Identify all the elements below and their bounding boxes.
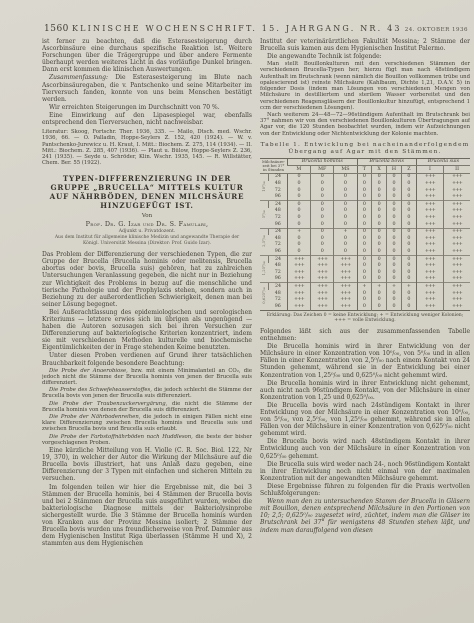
- result-cell: +++: [416, 228, 443, 235]
- result-cell: 0: [372, 181, 387, 188]
- result-cell: +++: [416, 283, 443, 290]
- page-number: 1560: [44, 24, 69, 34]
- result-cell: 0: [372, 201, 387, 208]
- right-column: Institut der veterinärärztlichen Fakultä…: [260, 38, 470, 590]
- result-cell: 0: [372, 235, 387, 242]
- summary-lead: Zusammenfassung:: [49, 74, 108, 81]
- table-row: 480000000++++++: [260, 181, 470, 188]
- table-row: 720000000++++++: [260, 214, 470, 221]
- result-cell: +++: [416, 263, 443, 270]
- result-cell: 0: [357, 303, 372, 310]
- result-cell: 0: [372, 303, 387, 310]
- literature-block: Literatur: Skoog, Fortschr. Ther. 1936, …: [42, 129, 252, 166]
- table-row: 480000000++++++: [260, 208, 470, 215]
- hours-cell: 72: [269, 187, 288, 194]
- result-cell: +++: [444, 235, 470, 242]
- table-row: 96+++++++++0000++++++: [260, 303, 470, 310]
- result-cell: 0: [387, 276, 402, 283]
- table-row: 720000000++++++: [260, 187, 470, 194]
- result-cell: 0: [387, 256, 402, 263]
- running-head: 1560 KLINISCHE WOCHENSCHRIFT. 15. JAHRGA…: [42, 10, 470, 38]
- result-cell: 0: [402, 235, 417, 242]
- list-item: Die Probe der Nährbodenreihen, die jedoc…: [42, 414, 252, 433]
- result-cell: 0: [387, 269, 402, 276]
- hours-cell: 96: [269, 194, 288, 201]
- result-cell: +++: [288, 276, 311, 283]
- results-table-head: Milchsäure­zeit bei 37° in Stunden Bruce…: [260, 158, 470, 173]
- result-cell: 0: [334, 187, 357, 194]
- paragraph: Die Brucella hominis wird in ihrer Entwi…: [260, 343, 470, 378]
- result-cell: +++: [416, 303, 443, 310]
- result-cell: 0: [372, 263, 387, 270]
- result-cell: +++: [311, 269, 334, 276]
- result-cell: 0: [311, 248, 334, 255]
- result-cell: 0: [357, 173, 372, 180]
- result-cell: 0: [357, 181, 372, 188]
- result-cell: +++: [416, 214, 443, 221]
- result-cell: 0: [357, 208, 372, 215]
- result-cell: 0: [387, 221, 402, 228]
- results-table-body: 10⁰/₀₀240000000++++++480000000++++++7200…: [260, 173, 470, 310]
- result-cell: 0: [288, 242, 311, 249]
- paragraph: Die Brucella bovis wird nach 48stündigem…: [260, 438, 470, 459]
- result-cell: 0: [387, 214, 402, 221]
- paragraph: Institut der veterinärärztlichen Fakultä…: [260, 38, 470, 52]
- result-cell: 0: [372, 297, 387, 304]
- paragraph: Das Problem der Differenzierung der vers…: [42, 251, 252, 308]
- table-row: 96+++++++++0000++++++: [260, 276, 470, 283]
- table-row: 960000000++++++: [260, 221, 470, 228]
- two-column-body: ist ferner zu beachten, daß die Esterase…: [42, 38, 470, 590]
- result-cell: +++: [288, 283, 311, 290]
- result-cell: +++: [334, 256, 357, 263]
- paragraph: Wir erreichten Steigerungen im Durchschn…: [42, 104, 252, 111]
- result-cell: +++: [416, 248, 443, 255]
- hours-cell: 72: [269, 242, 288, 249]
- result-cell: +++: [444, 283, 470, 290]
- hours-cell: 96: [269, 276, 288, 283]
- result-cell: 0: [402, 242, 417, 249]
- result-cell: +++: [444, 242, 470, 249]
- result-cell: +++: [334, 276, 357, 283]
- result-cell: 0: [372, 248, 387, 255]
- hours-cell: 72: [269, 214, 288, 221]
- hours-cell: 96: [269, 303, 288, 310]
- result-cell: 0: [357, 194, 372, 201]
- result-cell: 0: [387, 194, 402, 201]
- result-cell: +: [387, 283, 402, 290]
- result-cell: 0: [372, 290, 387, 297]
- result-cell: 0: [357, 201, 372, 208]
- result-cell: +++: [416, 201, 443, 208]
- result-cell: 0: [357, 297, 372, 304]
- table-row: 48+++++++++0000++++++: [260, 290, 470, 297]
- result-cell: 0: [402, 248, 417, 255]
- result-cell: +++: [444, 263, 470, 270]
- result-cell: 0: [402, 297, 417, 304]
- result-cell: 0: [311, 208, 334, 215]
- hours-cell: 24: [269, 256, 288, 263]
- table-row: 720000000++++++: [260, 242, 470, 249]
- result-cell: +++: [416, 235, 443, 242]
- result-cell: 0: [357, 228, 372, 235]
- result-cell: 0: [402, 256, 417, 263]
- paragraph: Die Brucella bovis wird nach 24stündigem…: [260, 402, 470, 437]
- result-cell: +++: [444, 297, 470, 304]
- result-cell: +++: [416, 242, 443, 249]
- result-cell: 0: [311, 187, 334, 194]
- table-row: 72+++++++++0000++++++: [260, 297, 470, 304]
- result-cell: 0: [372, 208, 387, 215]
- paragraph: Im folgenden teilen wir hier die Ergebni…: [42, 484, 252, 548]
- item-lead: Die Probe des Schwefelwasserstoffes,: [49, 387, 152, 393]
- result-cell: 0: [311, 235, 334, 242]
- result-cell: 0: [357, 256, 372, 263]
- group-header-bovis: Brucella bovis: [357, 158, 416, 166]
- stem-header: II: [444, 166, 470, 174]
- result-cell: 0: [334, 194, 357, 201]
- table-row: 960000000++++++: [260, 194, 470, 201]
- result-cell: +++: [288, 269, 311, 276]
- item-lead: Die Probe der Nährbodenreihen,: [49, 414, 140, 420]
- concentration-label: 2,5⁰/₀₀: [260, 228, 269, 255]
- result-cell: 0: [387, 242, 402, 249]
- issue-date: 24. OKTOBER 1936: [405, 27, 468, 33]
- hours-cell: 96: [269, 221, 288, 228]
- result-cell: 0: [387, 208, 402, 215]
- result-cell: 0: [334, 214, 357, 221]
- paragraph: Folgendes läßt sich aus der zusammenfass…: [260, 328, 470, 342]
- concentration-label: 0,625⁰/₀₀: [260, 283, 269, 310]
- result-cell: +++: [444, 248, 470, 255]
- result-cell: +++: [444, 290, 470, 297]
- result-cell: 0: [387, 263, 402, 270]
- hours-cell: 24: [269, 283, 288, 290]
- table-row: 2,5⁰/₀₀24+0+0000++++++: [260, 228, 470, 235]
- table-row: 5⁰/₀₀240000000++++++: [260, 201, 470, 208]
- paragraph: Die Brucella suis wird weder nach 24-, n…: [260, 461, 470, 482]
- result-cell: +++: [416, 269, 443, 276]
- result-cell: +++: [288, 256, 311, 263]
- result-cell: +++: [311, 303, 334, 310]
- test-list: Die Probe der Anaerobiose, bzw. mit eine…: [42, 368, 252, 446]
- result-cell: +++: [334, 263, 357, 270]
- paragraph: Diese Ergebnisse führen zu folgenden für…: [260, 483, 470, 497]
- result-cell: +++: [288, 303, 311, 310]
- result-cell: +++: [444, 276, 470, 283]
- result-cell: 0: [372, 187, 387, 194]
- table-legend: Erklärung: Das Zeichen 0 = keine Entwick…: [264, 313, 466, 324]
- result-cell: +++: [416, 221, 443, 228]
- table-row: 72+++++++++0000++++++: [260, 269, 470, 276]
- item-lead: Die Probe der Traubenzuckervergärung,: [49, 401, 167, 407]
- result-cell: 0: [357, 248, 372, 255]
- result-cell: 0: [357, 269, 372, 276]
- result-cell: 0: [387, 201, 402, 208]
- item-lead: Die Probe der Farbstoffnährböden nach Hu…: [49, 434, 193, 440]
- list-item: Die Probe der Traubenzuckervergärung, di…: [42, 401, 252, 413]
- paragraph: Die angewandte Technik ist folgende:: [260, 53, 470, 60]
- journal-title: KLINISCHE WOCHENSCHRIFT. 15. JAHRGANG. N…: [72, 24, 402, 33]
- result-cell: 0: [402, 173, 417, 180]
- result-cell: 0: [288, 173, 311, 180]
- result-cell: 0: [311, 221, 334, 228]
- result-cell: +: [334, 228, 357, 235]
- result-cell: 0: [288, 187, 311, 194]
- result-cell: 0: [372, 214, 387, 221]
- hours-cell: 24: [269, 201, 288, 208]
- result-cell: 0: [402, 214, 417, 221]
- hours-cell: 48: [269, 290, 288, 297]
- result-cell: +++: [444, 256, 470, 263]
- result-cell: 0: [334, 181, 357, 188]
- hours-column-header: Milchsäure­zeit bei 37° in Stunden: [260, 158, 288, 173]
- result-cell: +++: [334, 297, 357, 304]
- table-row: 960000000++++++: [260, 248, 470, 255]
- result-cell: 0: [402, 221, 417, 228]
- item-lead: Die Probe der Anaerobiose,: [49, 368, 128, 374]
- result-cell: 0: [372, 256, 387, 263]
- result-cell: 0: [311, 228, 334, 235]
- result-cell: +++: [444, 194, 470, 201]
- stem-header: X: [372, 166, 387, 174]
- group-header-hominis: Brucella hominis: [288, 158, 358, 166]
- result-cell: +++: [416, 208, 443, 215]
- table-caption-line2: Übergang auf Agar mit den Stämmen.: [288, 149, 441, 155]
- table-caption-line1: Tabelle 1. Entwicklung bei nacheinanderf…: [261, 142, 470, 148]
- result-cell: +++: [288, 290, 311, 297]
- stem-header: M: [288, 166, 311, 174]
- stem-header: MF: [311, 166, 334, 174]
- result-cell: 0: [357, 290, 372, 297]
- paragraph: ist ferner zu beachten, daß die Esterase…: [42, 38, 252, 73]
- hours-cell: 48: [269, 235, 288, 242]
- result-cell: +++: [311, 276, 334, 283]
- concentration-label: 5⁰/₀₀: [260, 201, 269, 228]
- result-cell: 0: [372, 269, 387, 276]
- table-caption: Tabelle 1. Entwicklung bei nacheinanderf…: [260, 142, 470, 156]
- result-cell: 0: [387, 303, 402, 310]
- concentration-label: 1,25⁰/₀₀: [260, 256, 269, 283]
- result-cell: 0: [402, 269, 417, 276]
- result-cell: 0: [357, 214, 372, 221]
- stem-header: I: [416, 166, 443, 174]
- result-cell: 0: [288, 194, 311, 201]
- result-cell: 0: [402, 187, 417, 194]
- result-cell: +++: [311, 283, 334, 290]
- result-cell: +: [402, 283, 417, 290]
- hours-cell: 48: [269, 181, 288, 188]
- result-cell: +++: [444, 269, 470, 276]
- table-row: 0,625⁰/₀₀24+++++++++++++++++++: [260, 283, 470, 290]
- paragraph: Nach weiterem 24—48—72—96stündigem Aufen…: [260, 112, 470, 137]
- paragraph: Zusammenfassung: Die Esterasesteigerung …: [42, 74, 252, 102]
- authors: Prof. Dr. G. Izar und Dr. S. Famulari,: [42, 220, 252, 228]
- result-cell: +++: [311, 290, 334, 297]
- result-cell: +++: [416, 276, 443, 283]
- byline-von: Von: [42, 213, 252, 219]
- result-cell: 0: [402, 290, 417, 297]
- result-cell: 0: [372, 194, 387, 201]
- result-cell: +++: [444, 181, 470, 188]
- result-cell: +++: [444, 214, 470, 221]
- result-cell: +++: [416, 297, 443, 304]
- result-cell: +++: [288, 263, 311, 270]
- result-cell: 0: [311, 194, 334, 201]
- result-cell: 0: [372, 276, 387, 283]
- result-cell: +++: [311, 297, 334, 304]
- list-item: Die Probe des Schwefelwasserstoffes, die…: [42, 387, 252, 399]
- result-cell: 0: [387, 228, 402, 235]
- stem-header: H: [387, 166, 402, 174]
- result-cell: 0: [311, 201, 334, 208]
- result-cell: 0: [402, 194, 417, 201]
- result-cell: 0: [334, 221, 357, 228]
- result-cell: 0: [334, 248, 357, 255]
- result-cell: 0: [357, 235, 372, 242]
- table-row: 480000000++++++: [260, 235, 470, 242]
- stem-header: T: [357, 166, 372, 174]
- hours-cell: 24: [269, 228, 288, 235]
- result-cell: +++: [416, 256, 443, 263]
- result-cell: 0: [334, 208, 357, 215]
- hours-cell: 48: [269, 263, 288, 270]
- result-cell: 0: [372, 228, 387, 235]
- result-cell: 0: [387, 235, 402, 242]
- hours-cell: 72: [269, 269, 288, 276]
- result-cell: 0: [288, 181, 311, 188]
- result-cell: 0: [402, 228, 417, 235]
- result-cell: 0: [311, 242, 334, 249]
- journal-page: 1560 KLINISCHE WOCHENSCHRIFT. 15. JAHRGA…: [0, 0, 474, 623]
- result-cell: +++: [444, 228, 470, 235]
- result-cell: 0: [387, 297, 402, 304]
- result-cell: +: [357, 283, 372, 290]
- result-cell: 0: [311, 181, 334, 188]
- hours-cell: 24: [269, 173, 288, 180]
- result-cell: 0: [387, 290, 402, 297]
- table-row: 10⁰/₀₀240000000++++++: [260, 173, 470, 180]
- stem-header: Z: [402, 166, 417, 174]
- concentration-label: 10⁰/₀₀: [260, 173, 269, 200]
- result-cell: 0: [357, 221, 372, 228]
- result-cell: 0: [387, 187, 402, 194]
- result-cell: +++: [416, 181, 443, 188]
- conclusion-paragraph: Wenn man den zu untersuchenden Stamm der…: [260, 498, 470, 533]
- result-cell: +++: [288, 297, 311, 304]
- result-cell: +++: [334, 303, 357, 310]
- stem-header: MS: [334, 166, 357, 174]
- result-cell: 0: [402, 276, 417, 283]
- result-cell: +++: [444, 303, 470, 310]
- result-cell: 0: [372, 242, 387, 249]
- result-cell: +++: [416, 290, 443, 297]
- hours-cell: 48: [269, 208, 288, 215]
- paragraph: Man stellt Bouillonkulturen mit den vers…: [260, 61, 470, 111]
- paragraph: Bei Außerachtlassung des epidemiologisch…: [42, 309, 252, 352]
- result-cell: +++: [416, 194, 443, 201]
- result-cell: 0: [387, 173, 402, 180]
- result-cell: +++: [444, 201, 470, 208]
- result-cell: +++: [444, 187, 470, 194]
- result-cell: +++: [444, 173, 470, 180]
- result-cell: 0: [357, 242, 372, 249]
- table-row: 1,25⁰/₀₀24+++++++++0000++++++: [260, 256, 470, 263]
- result-cell: +++: [334, 290, 357, 297]
- result-cell: 0: [372, 173, 387, 180]
- paragraph: Eine Einwirkung auf den Lipasespiegel wa…: [42, 112, 252, 126]
- results-table: Milchsäure­zeit bei 37° in Stunden Bruce…: [260, 158, 470, 311]
- result-cell: 0: [402, 181, 417, 188]
- paragraph: Die Brucella hominis wird in ihrer Entwi…: [260, 380, 470, 401]
- result-cell: 0: [387, 248, 402, 255]
- hours-cell: 72: [269, 297, 288, 304]
- hours-cell: 96: [269, 248, 288, 255]
- result-cell: 0: [334, 173, 357, 180]
- result-cell: +++: [334, 269, 357, 276]
- result-cell: 0: [288, 214, 311, 221]
- list-item: Die Probe der Anaerobiose, bzw. mit eine…: [42, 368, 252, 387]
- result-cell: +++: [444, 221, 470, 228]
- result-cell: 0: [311, 214, 334, 221]
- result-cell: 0: [334, 242, 357, 249]
- result-cell: 0: [372, 221, 387, 228]
- result-cell: +++: [311, 263, 334, 270]
- result-cell: 0: [288, 235, 311, 242]
- result-cell: 0: [402, 208, 417, 215]
- result-cell: 0: [334, 235, 357, 242]
- result-cell: 0: [402, 201, 417, 208]
- result-cell: 0: [288, 208, 311, 215]
- result-cell: 0: [334, 201, 357, 208]
- affiliation: Aus dem Institut für allgemeine klinisch…: [50, 235, 244, 246]
- article-title: TYPEN-DIFFERENZIERUNG IN DER GRUPPE „BRU…: [48, 174, 246, 210]
- paragraph: Unter diesen Proben verdienen auf Grund …: [42, 352, 252, 366]
- result-cell: +++: [334, 283, 357, 290]
- result-cell: 0: [402, 303, 417, 310]
- result-cell: 0: [288, 248, 311, 255]
- paragraph: Eine kürzliche Mitteilung von H. Violle …: [42, 447, 252, 482]
- result-cell: 0: [402, 263, 417, 270]
- literature-paragraph: Literatur: Skoog, Fortschr. Ther. 1936, …: [42, 129, 252, 166]
- left-column: ist ferner zu beachten, daß die Esterase…: [42, 38, 252, 590]
- group-header-suis: Brucella suis: [416, 158, 470, 166]
- result-cell: +++: [311, 256, 334, 263]
- list-item: Die Probe der Farbstoffnährböden nach Hu…: [42, 434, 252, 446]
- result-cell: +: [372, 283, 387, 290]
- result-cell: +: [288, 228, 311, 235]
- result-cell: +++: [416, 173, 443, 180]
- result-cell: 0: [387, 181, 402, 188]
- result-cell: 0: [357, 263, 372, 270]
- result-cell: 0: [357, 187, 372, 194]
- result-cell: 0: [311, 173, 334, 180]
- result-cell: +++: [416, 187, 443, 194]
- authors-roles: Adjunkt u. Privatdozent.: [42, 229, 252, 234]
- result-cell: 0: [357, 276, 372, 283]
- result-cell: +++: [444, 208, 470, 215]
- result-cell: 0: [288, 201, 311, 208]
- table-row: 48+++++++++0000++++++: [260, 263, 470, 270]
- result-cell: 0: [288, 221, 311, 228]
